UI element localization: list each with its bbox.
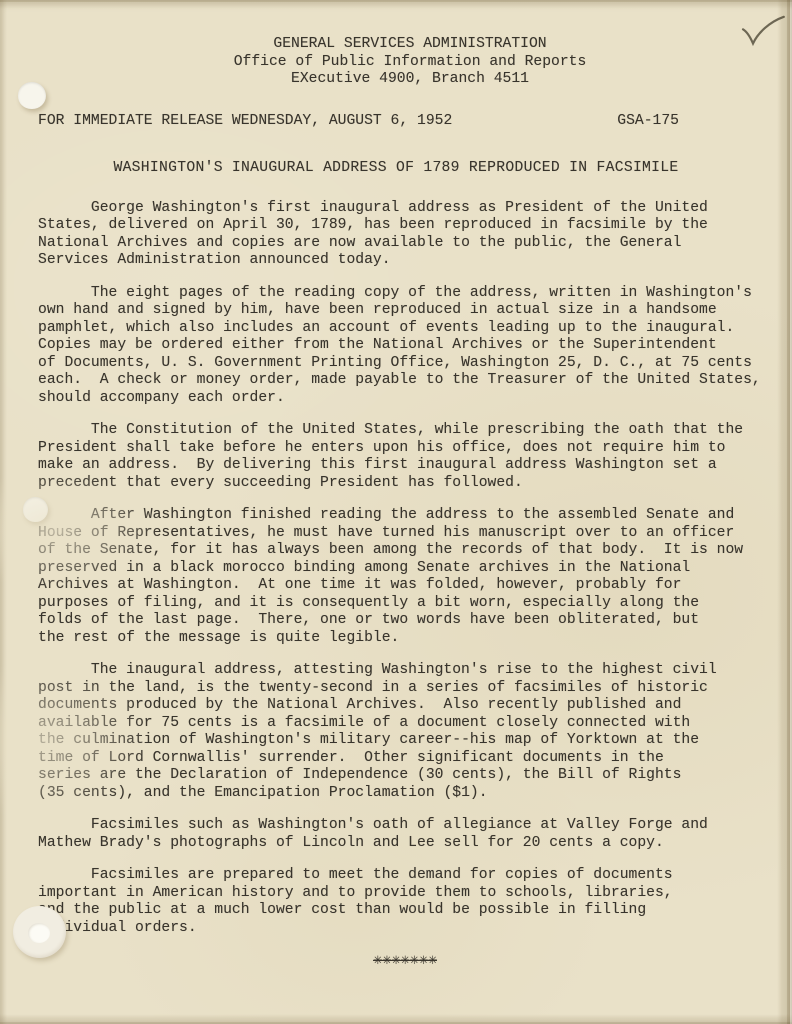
paragraph: The Constitution of the United States, w… (38, 422, 772, 492)
paragraph: The eight pages of the reading copy of t… (38, 285, 772, 408)
paragraph: The inaugural address, attesting Washing… (38, 662, 772, 802)
punch-hole-middle (23, 497, 48, 522)
end-mark: ✳✳✳✳✳✳✳ (38, 952, 772, 970)
paragraph: After Washington finished reading the ad… (38, 507, 772, 647)
paragraph: Facsimiles such as Washington's oath of … (38, 817, 772, 852)
paragraph: Facsimiles are prepared to meet the dema… (38, 867, 772, 937)
release-number: GSA-175 (617, 113, 679, 131)
paragraph: George Washington's first inaugural addr… (38, 200, 772, 270)
punch-hole-reinforcement-ring (13, 906, 66, 958)
release-row: FOR IMMEDIATE RELEASE WEDNESDAY, AUGUST … (38, 113, 792, 131)
letterhead: GENERAL SERVICES ADMINISTRATION Office o… (14, 0, 792, 89)
agency-name: GENERAL SERVICES ADMINISTRATION (14, 36, 792, 54)
punch-hole-bottom (28, 923, 50, 943)
press-release-page: GENERAL SERVICES ADMINISTRATION Office o… (0, 0, 792, 1024)
headline: WASHINGTON'S INAUGURAL ADDRESS OF 1789 R… (0, 160, 792, 178)
body-text: George Washington's first inaugural addr… (38, 200, 772, 970)
agency-phone: EXecutive 4900, Branch 4511 (14, 71, 792, 89)
agency-office: Office of Public Information and Reports (14, 54, 792, 72)
release-date-line: FOR IMMEDIATE RELEASE WEDNESDAY, AUGUST … (38, 113, 452, 131)
